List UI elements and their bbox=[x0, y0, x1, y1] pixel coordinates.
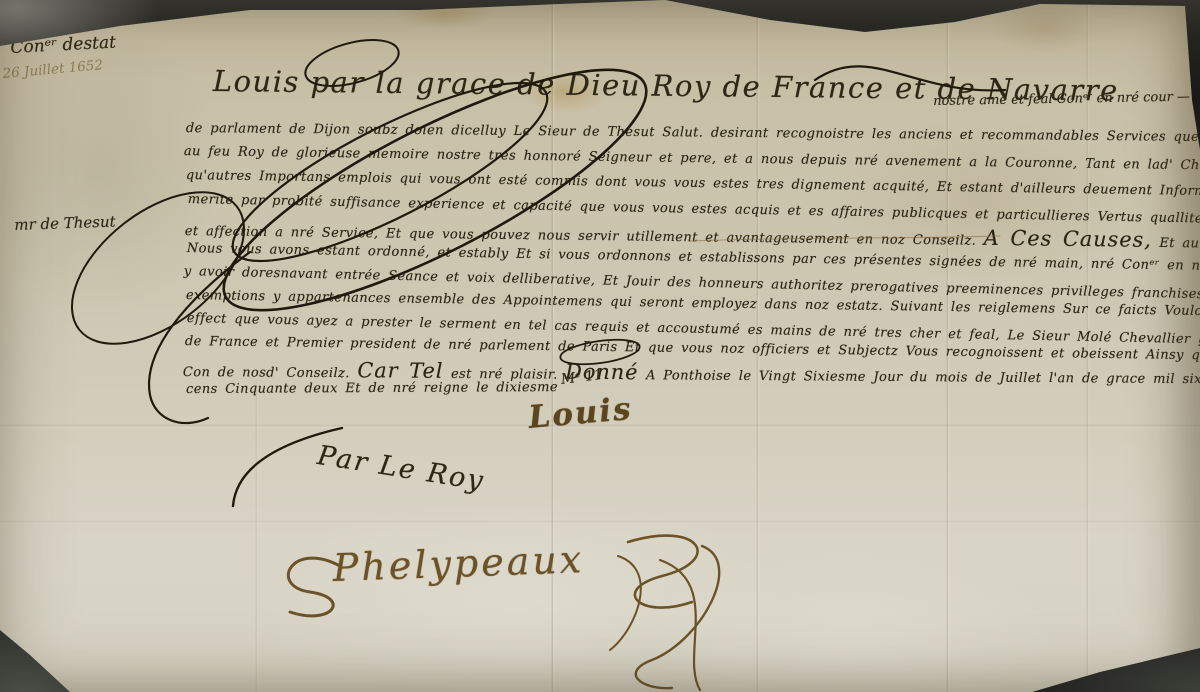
king-signature: Louis bbox=[527, 391, 634, 436]
line-segment: A Ces Causes, bbox=[984, 226, 1152, 252]
margin-note-addressee: mr de Thesut bbox=[14, 212, 116, 234]
paraph-icon bbox=[660, 560, 700, 690]
manuscript-line: de parlament de Dijon soubz doien dicell… bbox=[186, 121, 1200, 146]
photo-background: Conᵉʳ destat 26 Juillet 1652 mr de Thesu… bbox=[0, 0, 1200, 692]
line-segment: de parlament de Dijon soubz doien dicell… bbox=[186, 121, 1200, 146]
line-segment: A Ponthoise le Vingt Sixiesme Jour du mo… bbox=[638, 368, 1200, 387]
paraph-icon bbox=[628, 536, 698, 608]
parchment: Conᵉʳ destat 26 Juillet 1652 mr de Thesu… bbox=[0, 0, 1200, 692]
countersign-label: Par Le Roy bbox=[315, 440, 487, 497]
paraph-icon bbox=[610, 556, 641, 650]
fold-crease bbox=[0, 520, 1200, 525]
address-line-right: nostre amé et feal Conᵉʳ en nré cour — bbox=[933, 90, 1190, 109]
fold-crease bbox=[255, 380, 259, 692]
line-segment: Car Tel bbox=[357, 358, 443, 383]
archival-note-date: 26 Juillet 1652 bbox=[2, 57, 104, 82]
line-segment: cens Cinquante deux Et de nré reigne le … bbox=[186, 380, 558, 397]
archival-note-council: Conᵉʳ destat bbox=[10, 32, 116, 57]
line-segment: Con de nosd' Conseilz. bbox=[183, 365, 358, 381]
paraph-icon bbox=[636, 546, 719, 688]
line-segment: Et autres a ce nous mouvans — bbox=[1152, 236, 1200, 254]
manuscript-line: cens Cinquante deux Et de nré reigne le … bbox=[186, 380, 558, 397]
secretary-signature: Phelypeaux bbox=[332, 537, 585, 590]
